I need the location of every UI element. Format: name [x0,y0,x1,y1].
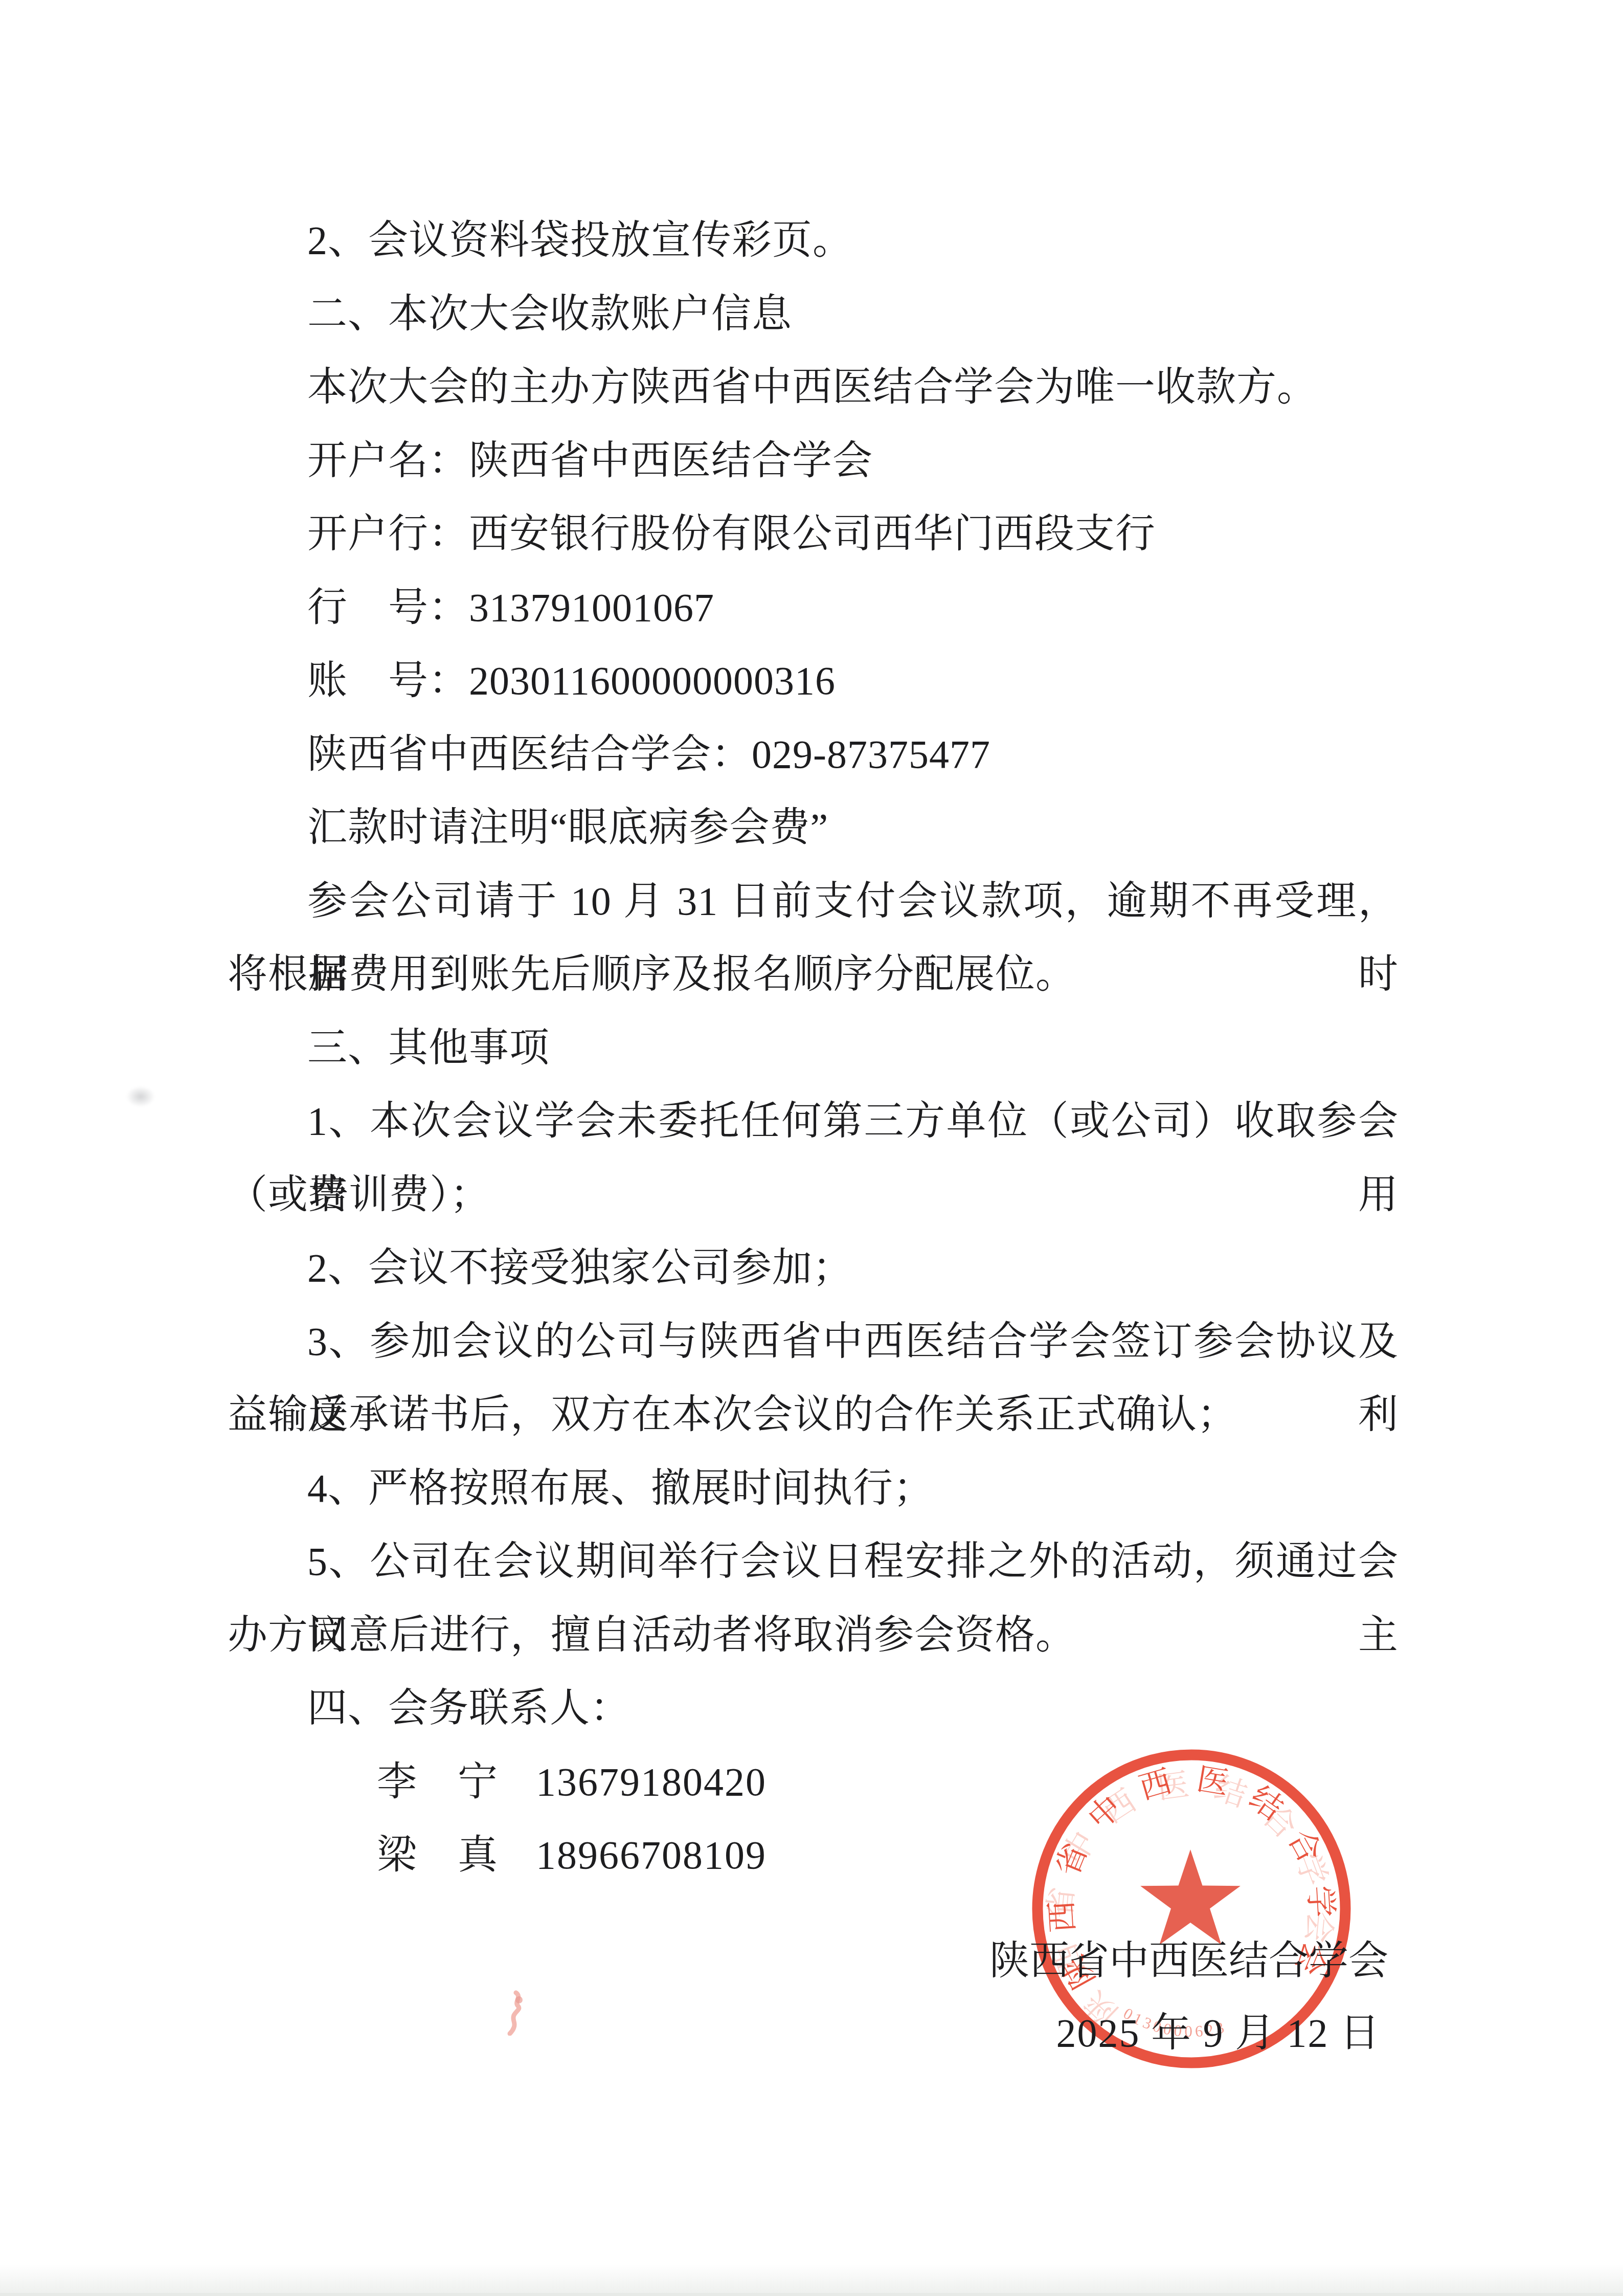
contact-phone: 18966708109 [536,1833,767,1877]
contact-phone: 13679180420 [536,1759,767,1804]
body-line: 1、本次会议学会未委托任何第三方单位（或公司）收取参会费用 [228,1084,1399,1158]
bank-name-line: 开户行：西安银行股份有限公司西华门西段支行 [228,497,1399,571]
contact-row: 梁 真18966708109 [228,1818,1399,1892]
body-line: 益输送承诺书后，双方在本次会议的合作关系正式确认； [228,1378,1399,1452]
contact-name: 李 宁 [377,1759,498,1804]
document-page: 陕西省中西医结合学会 陕西省中西医结合学会 0130000623 2、会议资料袋… [0,0,1623,2296]
scan-smudge [120,1082,161,1111]
document-body: 2、会议资料袋投放宣传彩页。 二、本次大会收款账户信息 本次大会的主办方陕西省中… [228,204,1399,1892]
body-line: 3、参加会议的公司与陕西省中西医结合学会签订参会协议及反利 [228,1305,1399,1378]
contact-name: 梁 真 [377,1833,498,1877]
signature-date: 2025 年 9 月 12 日 [1056,1996,1381,2069]
section-heading: 四、会务联系人： [228,1671,1399,1745]
body-line: 2、会议不接受独家公司参加； [228,1231,1399,1305]
phone-line: 陕西省中西医结合学会：029-87375477 [228,718,1399,791]
account-number-line: 账 号：203011600000000316 [228,644,1399,718]
signature-org: 陕西省中西医结合学会 [989,1924,1388,1997]
ink-mark [499,1989,529,2036]
body-line: 5、公司在会议期间举行会议日程安排之外的活动，须通过会议主 [228,1525,1399,1598]
body-line: 本次大会的主办方陕西省中西医结合学会为唯一收款方。 [228,350,1399,424]
body-line: 汇款时请注明“眼底病参会费” [228,791,1399,864]
body-line: 2、会议资料袋投放宣传彩页。 [228,204,1399,277]
bank-code-line: 行 号：313791001067 [228,571,1399,644]
account-name-line: 开户名：陕西省中西医结合学会 [228,424,1399,498]
scan-edge-band [0,2264,1623,2296]
body-line: 参会公司请于 10 月 31 日前支付会议款项，逾期不再受理，届时 [228,864,1399,938]
section-heading: 三、其他事项 [228,1011,1399,1085]
section-heading: 二、本次大会收款账户信息 [228,277,1399,351]
body-line: 4、严格按照布展、撤展时间执行； [228,1452,1399,1525]
contact-row: 李 宁13679180420 [228,1745,1399,1819]
